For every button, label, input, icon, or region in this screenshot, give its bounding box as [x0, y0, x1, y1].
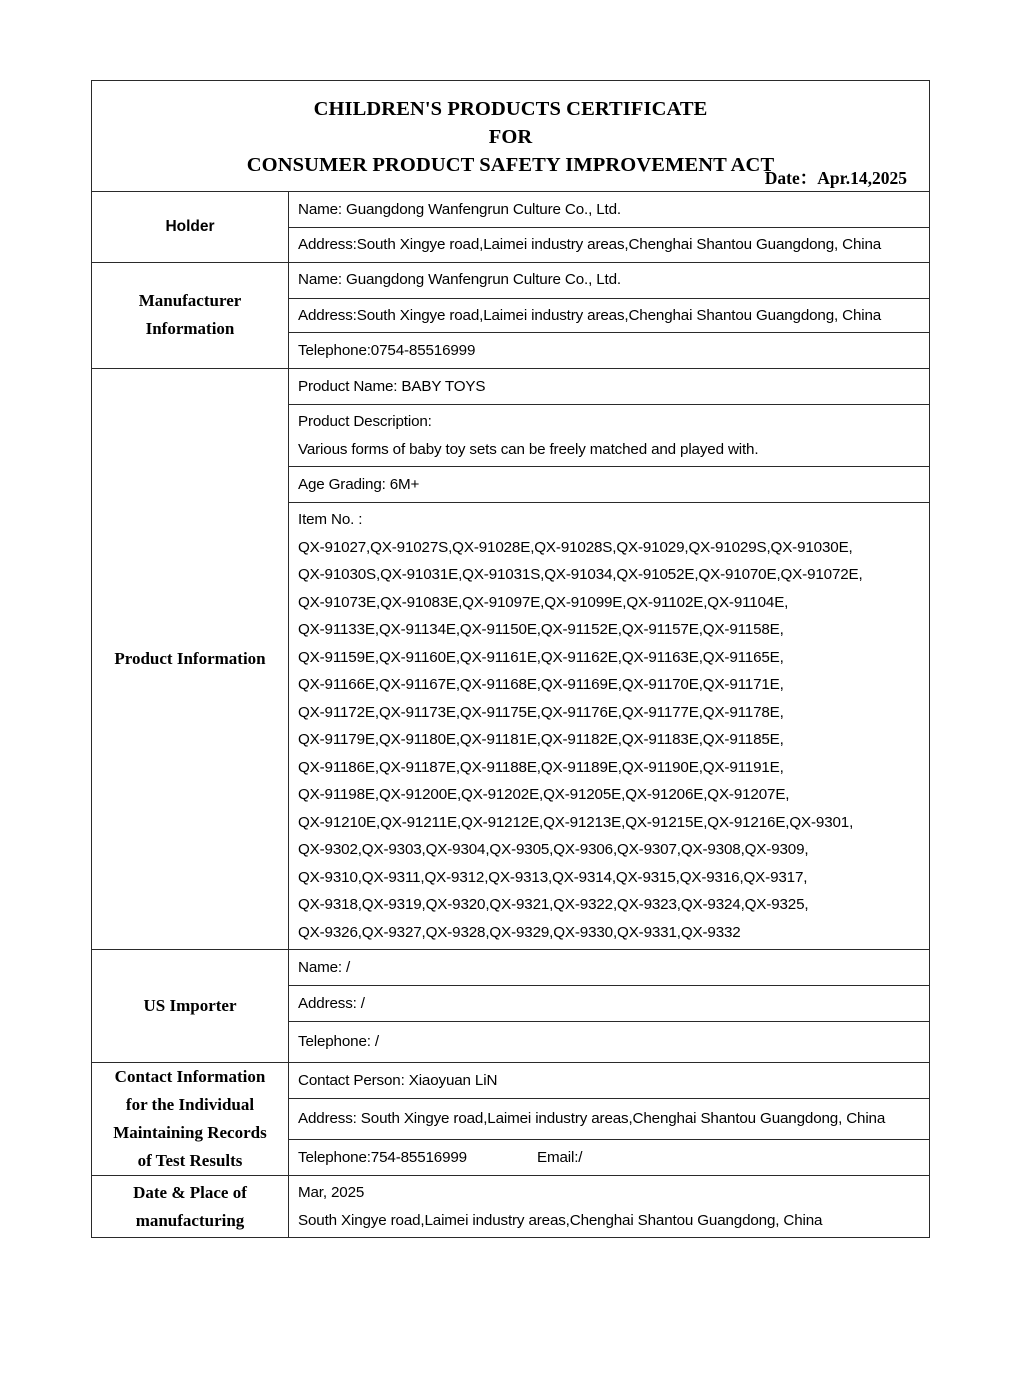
manufacturing-label: Date & Place of manufacturing [92, 1176, 289, 1238]
item-line: QX-91159E,QX-91160E,QX-91161E,QX-91162E,… [298, 644, 921, 672]
item-line: QX-91027,QX-91027S,QX-91028E,QX-91028S,Q… [298, 534, 921, 562]
manufacturing-place: South Xingye road,Laimei industry areas,… [298, 1207, 921, 1235]
item-line: QX-9310,QX-9311,QX-9312,QX-9313,QX-9314,… [298, 864, 921, 892]
manufacturer-address: Address:South Xingye road,Laimei industr… [289, 298, 930, 333]
contact-address: Address: South Xingye road,Laimei indust… [289, 1099, 930, 1140]
item-line: QX-91166E,QX-91167E,QX-91168E,QX-91169E,… [298, 671, 921, 699]
product-information-label: Product Information [92, 369, 289, 950]
manufacturing-label-line-1: Date & Place of [92, 1179, 288, 1207]
manufacturer-label: Manufacturer Information [92, 262, 289, 369]
item-line: QX-91030S,QX-91031E,QX-91031S,QX-91034,Q… [298, 561, 921, 589]
item-line: QX-91133E,QX-91134E,QX-91150E,QX-91152E,… [298, 616, 921, 644]
item-line: QX-91172E,QX-91173E,QX-91175E,QX-91176E,… [298, 699, 921, 727]
importer-telephone: Telephone: / [289, 1022, 930, 1063]
contact-email: Email:/ [537, 1149, 582, 1166]
item-line: QX-9318,QX-9319,QX-9320,QX-9321,QX-9322,… [298, 891, 921, 919]
manufacturer-name: Name: Guangdong Wanfengrun Culture Co., … [289, 262, 930, 298]
importer-name: Name: / [289, 950, 930, 986]
item-no-label: Item No. : [298, 506, 921, 534]
certificate-table: CHILDREN'S PRODUCTS CERTIFICATE FOR CONS… [91, 80, 930, 1238]
item-line: QX-91073E,QX-91083E,QX-91097E,QX-91099E,… [298, 589, 921, 617]
item-line: QX-91210E,QX-91211E,QX-91212E,QX-91213E,… [298, 809, 921, 837]
product-description: Product Description: Various forms of ba… [289, 405, 930, 467]
manufacturing-label-line-2: manufacturing [92, 1207, 288, 1235]
holder-address: Address:South Xingye road,Laimei industr… [289, 228, 930, 263]
item-line: QX-91198E,QX-91200E,QX-91202E,QX-91205E,… [298, 781, 921, 809]
manufacturer-telephone: Telephone:0754-85516999 [289, 333, 930, 369]
contact-label-line-2: for the Individual [92, 1091, 288, 1119]
product-description-label: Product Description: [298, 408, 921, 436]
certificate-title-line-2: FOR [92, 123, 929, 151]
contact-person: Contact Person: Xiaoyuan LiN [289, 1063, 930, 1099]
contact-information-label: Contact Information for the Individual M… [92, 1063, 289, 1176]
importer-address: Address: / [289, 986, 930, 1022]
holder-label: Holder [92, 192, 289, 263]
contact-telephone: Telephone:754-85516999 [298, 1149, 467, 1166]
us-importer-label: US Importer [92, 950, 289, 1063]
manufacturing-date: Mar, 2025 [298, 1179, 921, 1207]
certificate-date: Date：Apr.14,2025 [765, 165, 907, 190]
certificate-page: CHILDREN'S PRODUCTS CERTIFICATE FOR CONS… [91, 80, 929, 1238]
item-line: QX-91186E,QX-91187E,QX-91188E,QX-91189E,… [298, 754, 921, 782]
contact-label-line-3: Maintaining Records [92, 1119, 288, 1147]
holder-name: Name: Guangdong Wanfengrun Culture Co., … [289, 192, 930, 228]
item-line: QX-9326,QX-9327,QX-9328,QX-9329,QX-9330,… [298, 919, 921, 947]
manufacturer-label-line-1: Manufacturer [92, 287, 288, 315]
product-name: Product Name: BABY TOYS [289, 369, 930, 405]
date-value: Apr.14,2025 [817, 168, 907, 188]
contact-label-line-4: of Test Results [92, 1147, 288, 1175]
item-numbers: Item No. : QX-91027,QX-91027S,QX-91028E,… [289, 503, 930, 950]
item-line: QX-91179E,QX-91180E,QX-91181E,QX-91182E,… [298, 726, 921, 754]
manufacturing-date-place: Mar, 2025 South Xingye road,Laimei indus… [289, 1176, 930, 1238]
item-line: QX-9302,QX-9303,QX-9304,QX-9305,QX-9306,… [298, 836, 921, 864]
date-label: Date： [765, 168, 817, 188]
product-description-text: Various forms of baby toy sets can be fr… [298, 436, 921, 464]
certificate-title-line-1: CHILDREN'S PRODUCTS CERTIFICATE [92, 95, 929, 123]
age-grading: Age Grading: 6M+ [289, 467, 930, 503]
manufacturer-label-line-2: Information [92, 315, 288, 343]
certificate-header: CHILDREN'S PRODUCTS CERTIFICATE FOR CONS… [92, 81, 930, 192]
contact-label-line-1: Contact Information [92, 1063, 288, 1091]
contact-telephone-email: Telephone:754-85516999Email:/ [289, 1140, 930, 1176]
